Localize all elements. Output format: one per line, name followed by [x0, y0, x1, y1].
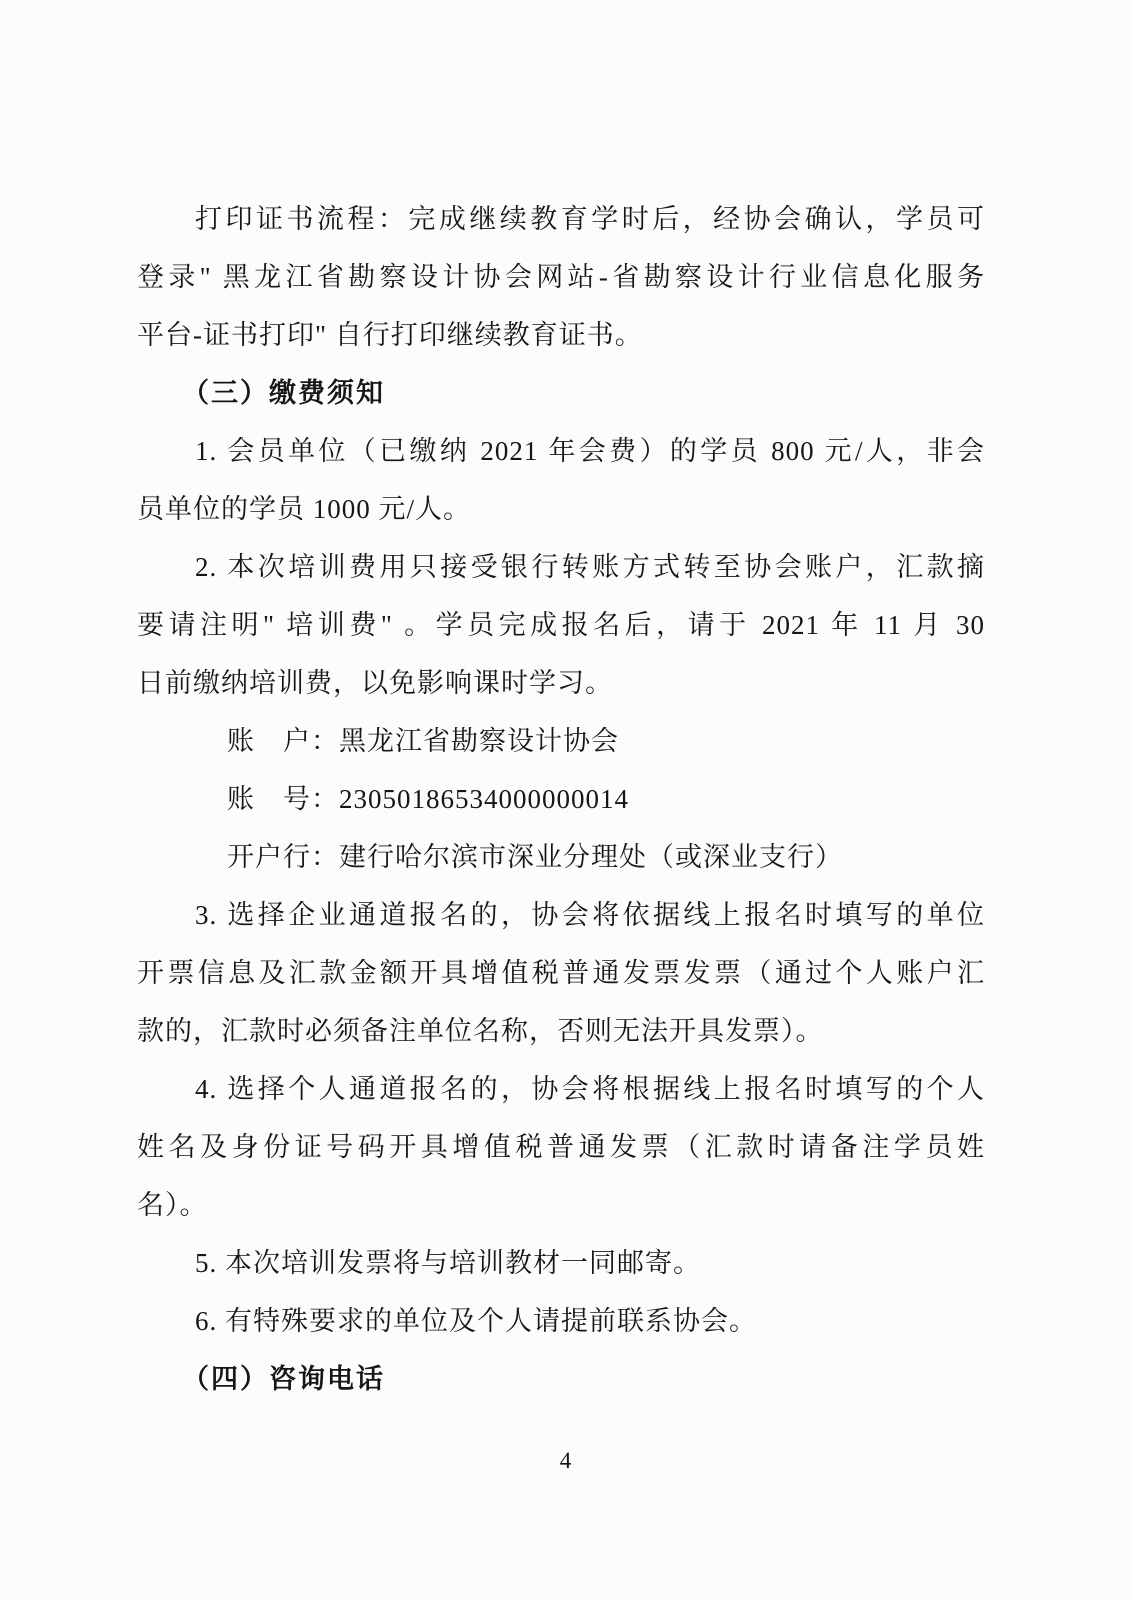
text-line: 账 户：黑龙江省勘察设计协会 — [137, 712, 985, 770]
text-line: 平台-证书打印" 自行打印继续教育证书。 — [137, 306, 985, 364]
text-line: 员单位的学员 1000 元/人。 — [137, 480, 985, 538]
text-line: 登录" 黑龙江省勘察设计协会网站-省勘察设计行业信息化服务 — [137, 248, 985, 306]
text-line: 要请注明" 培训费" 。学员完成报名后，请于 2021 年 11 月 30 — [137, 596, 985, 654]
page-number: 4 — [0, 1436, 1131, 1486]
item-5-invoice-mailing: 5. 本次培训发票将与培训教材一同邮寄。 — [137, 1234, 985, 1292]
text-line: 名）。 — [137, 1176, 985, 1234]
item-6-special-requests: 6. 有特殊要求的单位及个人请提前联系协会。 — [137, 1292, 985, 1350]
text-line: 开户行：建行哈尔滨市深业分理处（或深业支行） — [137, 828, 985, 886]
text-line: （四）咨询电话 — [137, 1350, 985, 1408]
text-line: 开票信息及汇款金额开具增值税普通发票发票（通过个人账户汇 — [137, 944, 985, 1002]
text-line: 姓名及身份证号码开具增值税普通发票（汇款时请备注学员姓 — [137, 1118, 985, 1176]
document-page: 打印证书流程：完成继续教育学时后，经协会确认，学员可登录" 黑龙江省勘察设计协会… — [0, 0, 1131, 1600]
text-line: 打印证书流程：完成继续教育学时后，经协会确认，学员可 — [137, 190, 985, 248]
text-line: 款的，汇款时必须备注单位名称，否则无法开具发票）。 — [137, 1002, 985, 1060]
text-line: 日前缴纳培训费，以免影响课时学习。 — [137, 654, 985, 712]
text-line: 5. 本次培训发票将与培训教材一同邮寄。 — [137, 1234, 985, 1292]
text-line: （三）缴费须知 — [137, 364, 985, 422]
text-line: 3. 选择企业通道报名的，协会将依据线上报名时填写的单位 — [137, 886, 985, 944]
para-certificate-printing: 打印证书流程：完成继续教育学时后，经协会确认，学员可登录" 黑龙江省勘察设计协会… — [137, 190, 985, 364]
text-line: 账 号：23050186534000000014 — [137, 770, 985, 828]
text-line: 1. 会员单位（已缴纳 2021 年会费）的学员 800 元/人，非会 — [137, 422, 985, 480]
item-2-bank-transfer: 2. 本次培训费用只接受银行转账方式转至协会账户，汇款摘要请注明" 培训费" 。… — [137, 538, 985, 712]
item-3-enterprise-invoice: 3. 选择企业通道报名的，协会将依据线上报名时填写的单位开票信息及汇款金额开具增… — [137, 886, 985, 1060]
item-1-fee-standard: 1. 会员单位（已缴纳 2021 年会费）的学员 800 元/人，非会员单位的学… — [137, 422, 985, 538]
text-line: 2. 本次培训费用只接受银行转账方式转至协会账户，汇款摘 — [137, 538, 985, 596]
heading-section-contact-phone: （四）咨询电话 — [137, 1350, 985, 1408]
heading-section-payment-notice: （三）缴费须知 — [137, 364, 985, 422]
bank-account-details: 账 户：黑龙江省勘察设计协会账 号：23050186534000000014开户… — [137, 712, 985, 886]
document-body: 打印证书流程：完成继续教育学时后，经协会确认，学员可登录" 黑龙江省勘察设计协会… — [137, 190, 985, 1408]
item-4-personal-invoice: 4. 选择个人通道报名的，协会将根据线上报名时填写的个人姓名及身份证号码开具增值… — [137, 1060, 985, 1234]
text-line: 4. 选择个人通道报名的，协会将根据线上报名时填写的个人 — [137, 1060, 985, 1118]
text-line: 6. 有特殊要求的单位及个人请提前联系协会。 — [137, 1292, 985, 1350]
